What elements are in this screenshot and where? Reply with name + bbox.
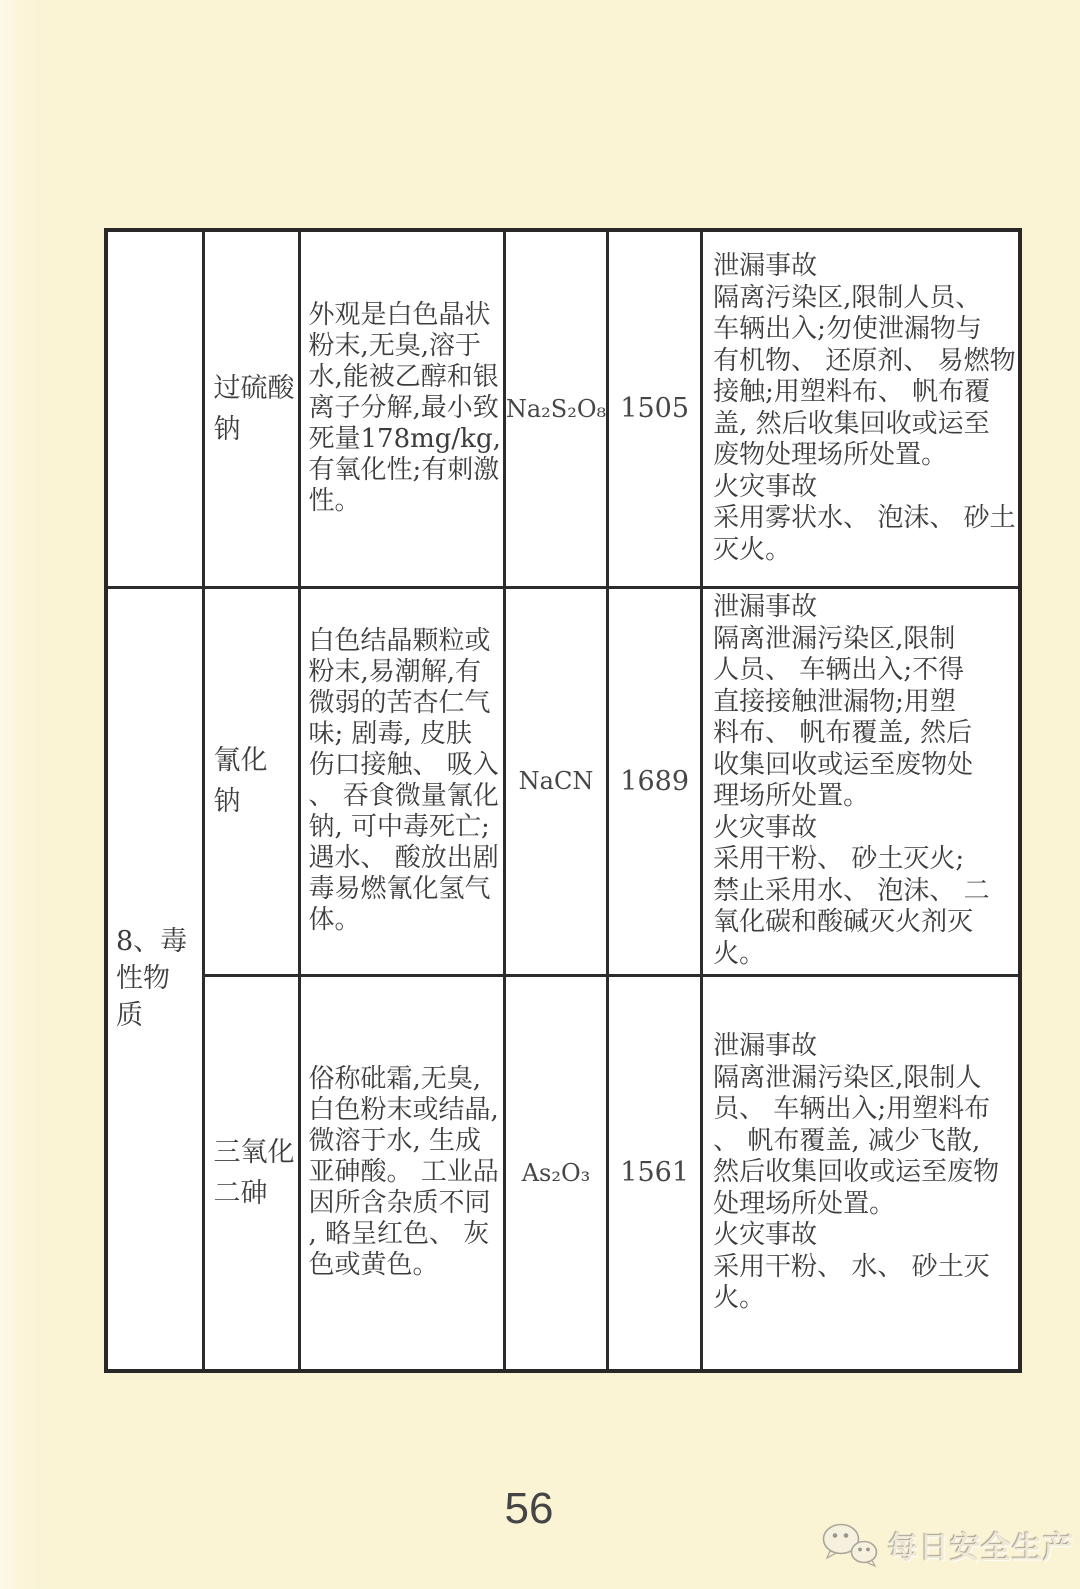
chemical-name-cell: 过硫酸 钠 bbox=[203, 230, 299, 587]
watermark: 每日安全生产 bbox=[820, 1522, 1074, 1568]
chemical-name-cell: 氰化 钠 bbox=[203, 587, 299, 975]
watermark-text: 每日安全生产 bbox=[888, 1523, 1074, 1567]
category-cell-empty bbox=[106, 230, 203, 587]
wechat-icon bbox=[820, 1522, 880, 1568]
un-number-cell: 1561 bbox=[608, 975, 702, 1371]
table-row: 过硫酸 钠 外观是白色晶状 粉末,无臭,溶于 水,能被乙醇和银 离子分解,最小致… bbox=[106, 230, 1020, 587]
formula-cell: Na₂S₂O₈ bbox=[504, 230, 607, 587]
table-row: 8、毒 性物 质 氰化 钠 白色结晶颗粒或 粉末,易潮解,有 微弱的苦杏仁气 味… bbox=[106, 587, 1020, 975]
description-cell: 外观是白色晶状 粉末,无臭,溶于 水,能被乙醇和银 离子分解,最小致 死量178… bbox=[299, 230, 504, 587]
formula-cell: NaCN bbox=[504, 587, 607, 975]
category-cell: 8、毒 性物 质 bbox=[106, 587, 203, 1371]
disposal-cell: 泄漏事故 隔离污染区,限制人员、 车辆出入;勿使泄漏物与 有机物、 还原剂、 易… bbox=[702, 230, 1020, 587]
description-cell: 白色结晶颗粒或 粉末,易潮解,有 微弱的苦杏仁气 味; 剧毒, 皮肤 伤口接触、… bbox=[299, 587, 504, 975]
disposal-cell: 泄漏事故 隔离泄漏污染区,限制 人员、 车辆出入;不得 直接接触泄漏物;用塑 料… bbox=[702, 587, 1020, 975]
hazmat-table: 过硫酸 钠 外观是白色晶状 粉末,无臭,溶于 水,能被乙醇和银 离子分解,最小致… bbox=[104, 228, 1022, 1373]
disposal-cell: 泄漏事故 隔离泄漏污染区,限制人 员、 车辆出入;用塑料布 、 帆布覆盖, 减少… bbox=[702, 975, 1020, 1371]
chemical-name-cell: 三氧化 二砷 bbox=[203, 975, 299, 1371]
scanned-handbook-page: { "page": { "number": "56", "watermark_t… bbox=[0, 0, 1080, 1589]
table-row: 三氧化 二砷 俗称砒霜,无臭, 白色粉末或结晶, 微溶于水, 生成 亚砷酸。 工… bbox=[106, 975, 1020, 1371]
un-number-cell: 1505 bbox=[608, 230, 702, 587]
formula-cell: As₂O₃ bbox=[504, 975, 607, 1371]
un-number-cell: 1689 bbox=[608, 587, 702, 975]
description-cell: 俗称砒霜,无臭, 白色粉末或结晶, 微溶于水, 生成 亚砷酸。 工业品 因所含杂… bbox=[299, 975, 504, 1371]
